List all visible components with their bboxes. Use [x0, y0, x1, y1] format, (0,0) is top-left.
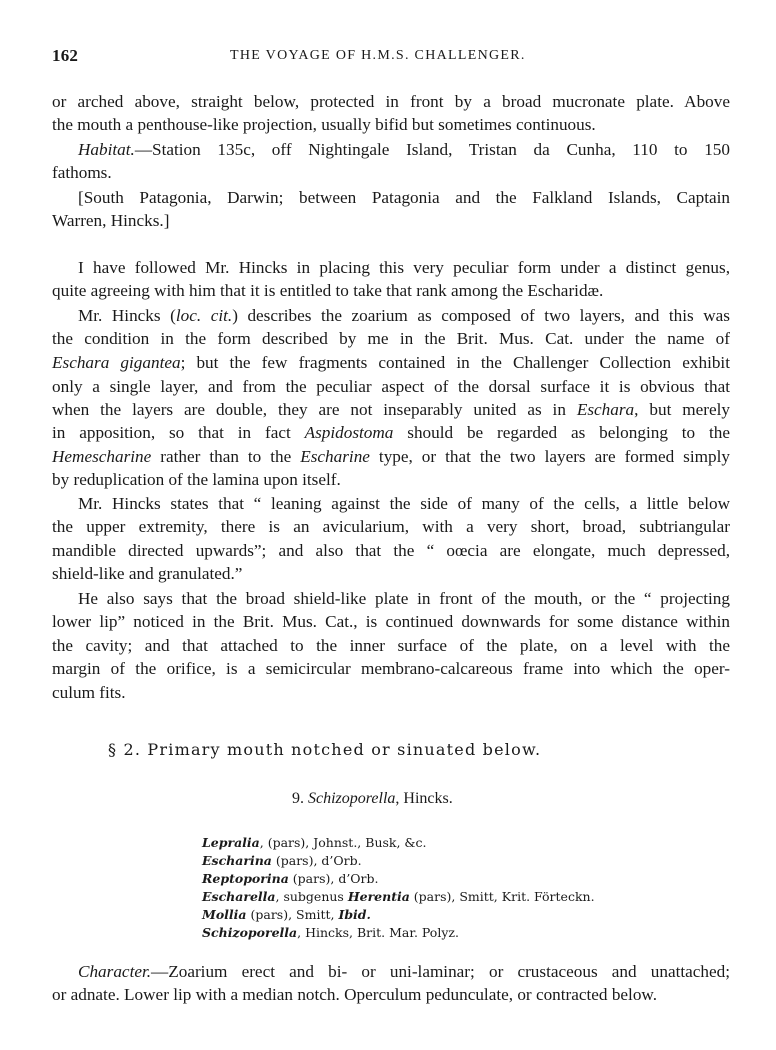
synonym-line: Reptoporina (pars), d’Orb.	[202, 870, 379, 888]
synonym-line: Lepralia, (pars), Johnst., Busk, &c.	[202, 834, 427, 852]
text-line: fathoms.	[52, 162, 730, 184]
paragraph-line: by reduplication of the lamina upon itse…	[52, 469, 730, 491]
paragraph-line: quite agreeing with him that it is entit…	[52, 280, 730, 302]
paragraph-line: in apposition, so that in fact Aspidosto…	[52, 422, 730, 444]
synonym-line: Escharina (pars), d’Orb.	[202, 852, 362, 870]
synonym-line: Schizoporella, Hincks, Brit. Mar. Polyz.	[202, 924, 459, 942]
paragraph-line: Hemescharine rather than to the Escharin…	[52, 446, 730, 468]
page-number: 162	[52, 46, 78, 66]
paragraph-line: Mr. Hincks states that “ leaning against…	[78, 493, 730, 515]
paragraph-line: culum fits.	[52, 682, 730, 704]
genus-heading: 9. Schizoporella, Hincks.	[292, 790, 453, 808]
running-title: THE VOYAGE OF H.M.S. CHALLENGER.	[230, 48, 526, 64]
paragraph-line: Mr. Hincks (loc. cit.) describes the zoa…	[78, 305, 730, 327]
paragraph-line: lower lip” noticed in the Brit. Mus. Cat…	[52, 611, 730, 633]
section-heading: § 2. Primary mouth notched or sinuated b…	[108, 740, 541, 759]
habitat-line: Habitat.—Station 135c, off Nightingale I…	[78, 139, 730, 161]
synonym-line: Escharella, subgenus Herentia (pars), Sm…	[202, 888, 595, 906]
character-line: Character.—Zoarium erect and bi- or uni-…	[78, 961, 730, 983]
genus-name: Eschara	[577, 400, 634, 419]
genus-name: Schizoporella	[308, 790, 395, 807]
paragraph-line: the upper extremity, there is an avicula…	[52, 516, 730, 538]
paragraph-line: the condition in the form described by m…	[52, 328, 730, 350]
species-name: Eschara gigantea	[52, 353, 181, 372]
genus-name: Aspidostoma	[305, 423, 394, 442]
text-line: or arched above, straight below, protect…	[52, 91, 730, 113]
paragraph-line: margin of the orifice, is a semicircular…	[52, 658, 730, 680]
distribution-line: [South Patagonia, Darwin; between Patago…	[78, 187, 730, 209]
character-line: or adnate. Lower lip with a median notch…	[52, 984, 730, 1006]
text-line: the mouth a penthouse-like projection, u…	[52, 114, 730, 136]
paragraph-line: I have followed Mr. Hincks in placing th…	[78, 257, 730, 279]
character-label: Character.	[78, 962, 151, 981]
habitat-label: Habitat.	[78, 140, 135, 159]
synonym-line: Mollia (pars), Smitt, Ibid.	[202, 906, 371, 924]
text-line: Warren, Hincks.]	[52, 210, 730, 232]
paragraph-line: the cavity; and that attached to the inn…	[52, 635, 730, 657]
paragraph-line: Eschara gigantea; but the few fragments …	[52, 352, 730, 374]
paragraph-line: shield-like and granulated.”	[52, 563, 730, 585]
paragraph-line: only a single layer, and from the peculi…	[52, 376, 730, 398]
paragraph-line: He also says that the broad shield-like …	[78, 588, 730, 610]
paragraph-line: mandible directed upwards”; and also tha…	[52, 540, 730, 562]
paragraph-line: when the layers are double, they are not…	[52, 399, 730, 421]
